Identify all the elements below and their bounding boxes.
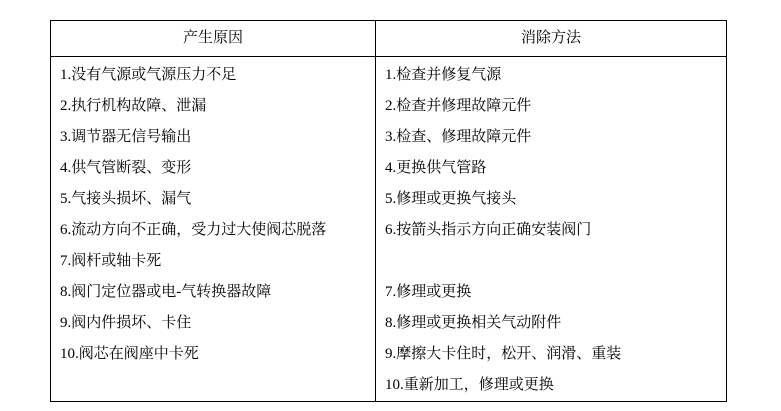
cause-item: 7.阀杆或轴卡死 xyxy=(51,246,375,277)
fault-cause-remedy-table: 产生原因 消除方法 1.没有气源或气源压力不足 2.执行机构故障、泄漏 3.调节… xyxy=(50,20,727,402)
remedy-item: 2.检查并修理故障元件 xyxy=(376,91,726,122)
cause-item: 8.阀门定位器或电-气转换器故障 xyxy=(51,277,375,308)
remedy-item: 7.修理或更换 xyxy=(376,277,726,308)
remedy-item: 4.更换供气管路 xyxy=(376,153,726,184)
remedy-item: 10.重新加工，修理或更换 xyxy=(376,370,726,401)
remedy-item: 9.摩擦大卡住时，松开、润滑、重装 xyxy=(376,339,726,370)
remedy-item-blank xyxy=(376,246,726,277)
table-header-row: 产生原因 消除方法 xyxy=(51,21,726,57)
cause-item: 4.供气管断裂、变形 xyxy=(51,153,375,184)
remedy-item: 1.检查并修复气源 xyxy=(376,60,726,91)
document-page: 产生原因 消除方法 1.没有气源或气源压力不足 2.执行机构故障、泄漏 3.调节… xyxy=(0,0,781,411)
header-cause: 产生原因 xyxy=(51,21,376,56)
cause-item: 3.调节器无信号输出 xyxy=(51,122,375,153)
cause-item: 2.执行机构故障、泄漏 xyxy=(51,91,375,122)
remedy-item: 8.修理或更换相关气动附件 xyxy=(376,308,726,339)
cause-item: 6.流动方向不正确，受力过大使阀芯脱落 xyxy=(51,215,375,246)
remedy-item: 3.检查、修理故障元件 xyxy=(376,122,726,153)
remedy-item: 6.按箭头指示方向正确安装阀门 xyxy=(376,215,726,246)
remedy-column: 1.检查并修复气源 2.检查并修理故障元件 3.检查、修理故障元件 4.更换供气… xyxy=(376,57,726,401)
table-body-row: 1.没有气源或气源压力不足 2.执行机构故障、泄漏 3.调节器无信号输出 4.供… xyxy=(51,57,726,401)
cause-item: 5.气接头损坏、漏气 xyxy=(51,184,375,215)
cause-item: 9.阀内件损坏、卡住 xyxy=(51,308,375,339)
cause-item: 1.没有气源或气源压力不足 xyxy=(51,60,375,91)
header-remedy: 消除方法 xyxy=(376,21,726,56)
cause-column: 1.没有气源或气源压力不足 2.执行机构故障、泄漏 3.调节器无信号输出 4.供… xyxy=(51,57,376,401)
remedy-item: 5.修理或更换气接头 xyxy=(376,184,726,215)
cause-item: 10.阀芯在阀座中卡死 xyxy=(51,339,375,370)
